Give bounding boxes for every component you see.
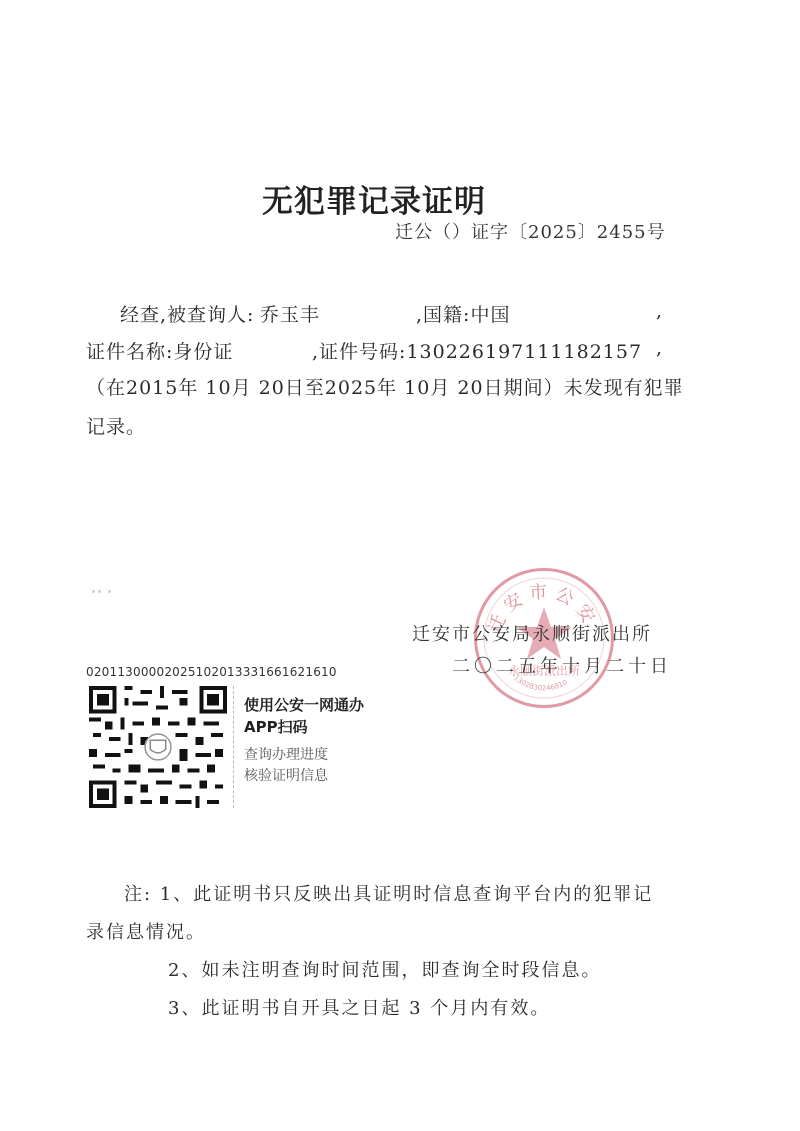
scan-speck <box>108 590 111 593</box>
nationality-value: 中国 <box>470 304 510 326</box>
qr-instruction-progress: 查询办理进度 <box>244 744 328 764</box>
issue-date: 二〇二五年十月二十日 <box>452 652 672 678</box>
qr-divider <box>233 686 234 808</box>
qr-code-icon <box>88 686 228 808</box>
qr-instruction-verify: 核验证明信息 <box>244 765 328 785</box>
nationality-field: ,国籍:中国 <box>416 300 510 327</box>
note-1-continued: 录信息情况。 <box>86 918 206 944</box>
line-end-comma: , <box>656 337 663 359</box>
qr-instruction-scan: APP扫码 <box>244 716 308 737</box>
id-line: 证件名称:身份证 ,证件号码:130226197111182157 , <box>86 337 686 361</box>
id-type-value: 身份证 <box>173 341 233 363</box>
period-line: （在2015年 10月 20日至2025年 10月 20日期间）未发现有犯罪 <box>86 373 684 400</box>
note-3: 3、此证明书自开具之日起 3 个月内有效。 <box>168 994 550 1020</box>
line-end-comma: , <box>656 300 663 322</box>
query-prefix: 经查,被查询人: <box>120 304 254 326</box>
note-2: 2、如未注明查询时间范围，即查询全时段信息。 <box>168 956 601 982</box>
verification-qr-code[interactable] <box>88 686 228 808</box>
scan-speck <box>92 590 95 593</box>
id-type-field: 证件名称:身份证 <box>86 337 233 364</box>
document-title: 无犯罪记录证明 <box>262 176 486 221</box>
verification-code: 02011300002025102013331661621610 <box>86 665 337 679</box>
id-number-label: ,证件号码: <box>312 341 406 363</box>
subject-name: 乔玉丰 <box>260 300 320 327</box>
qr-instruction-app: 使用公安一网通办 <box>244 694 364 715</box>
id-number-field: ,证件号码:130226197111182157 <box>312 337 642 364</box>
id-number-value: 130226197111182157 <box>406 341 642 363</box>
issuer-name: 迁安市公安局永顺街派出所 <box>412 620 652 646</box>
scan-speck <box>98 590 101 593</box>
document-number: 迁公（）证字〔2025〕2455号 <box>395 218 666 244</box>
nationality-label: ,国籍: <box>416 304 470 326</box>
note-1: 注: 1、此证明书只反映出具证明时信息查询平台内的犯罪记 <box>124 880 653 906</box>
period-line-end: 记录。 <box>86 412 146 439</box>
subject-line: 经查,被查询人: 乔玉丰 ,国籍:中国 , <box>120 300 680 324</box>
id-type-label: 证件名称: <box>86 341 173 363</box>
